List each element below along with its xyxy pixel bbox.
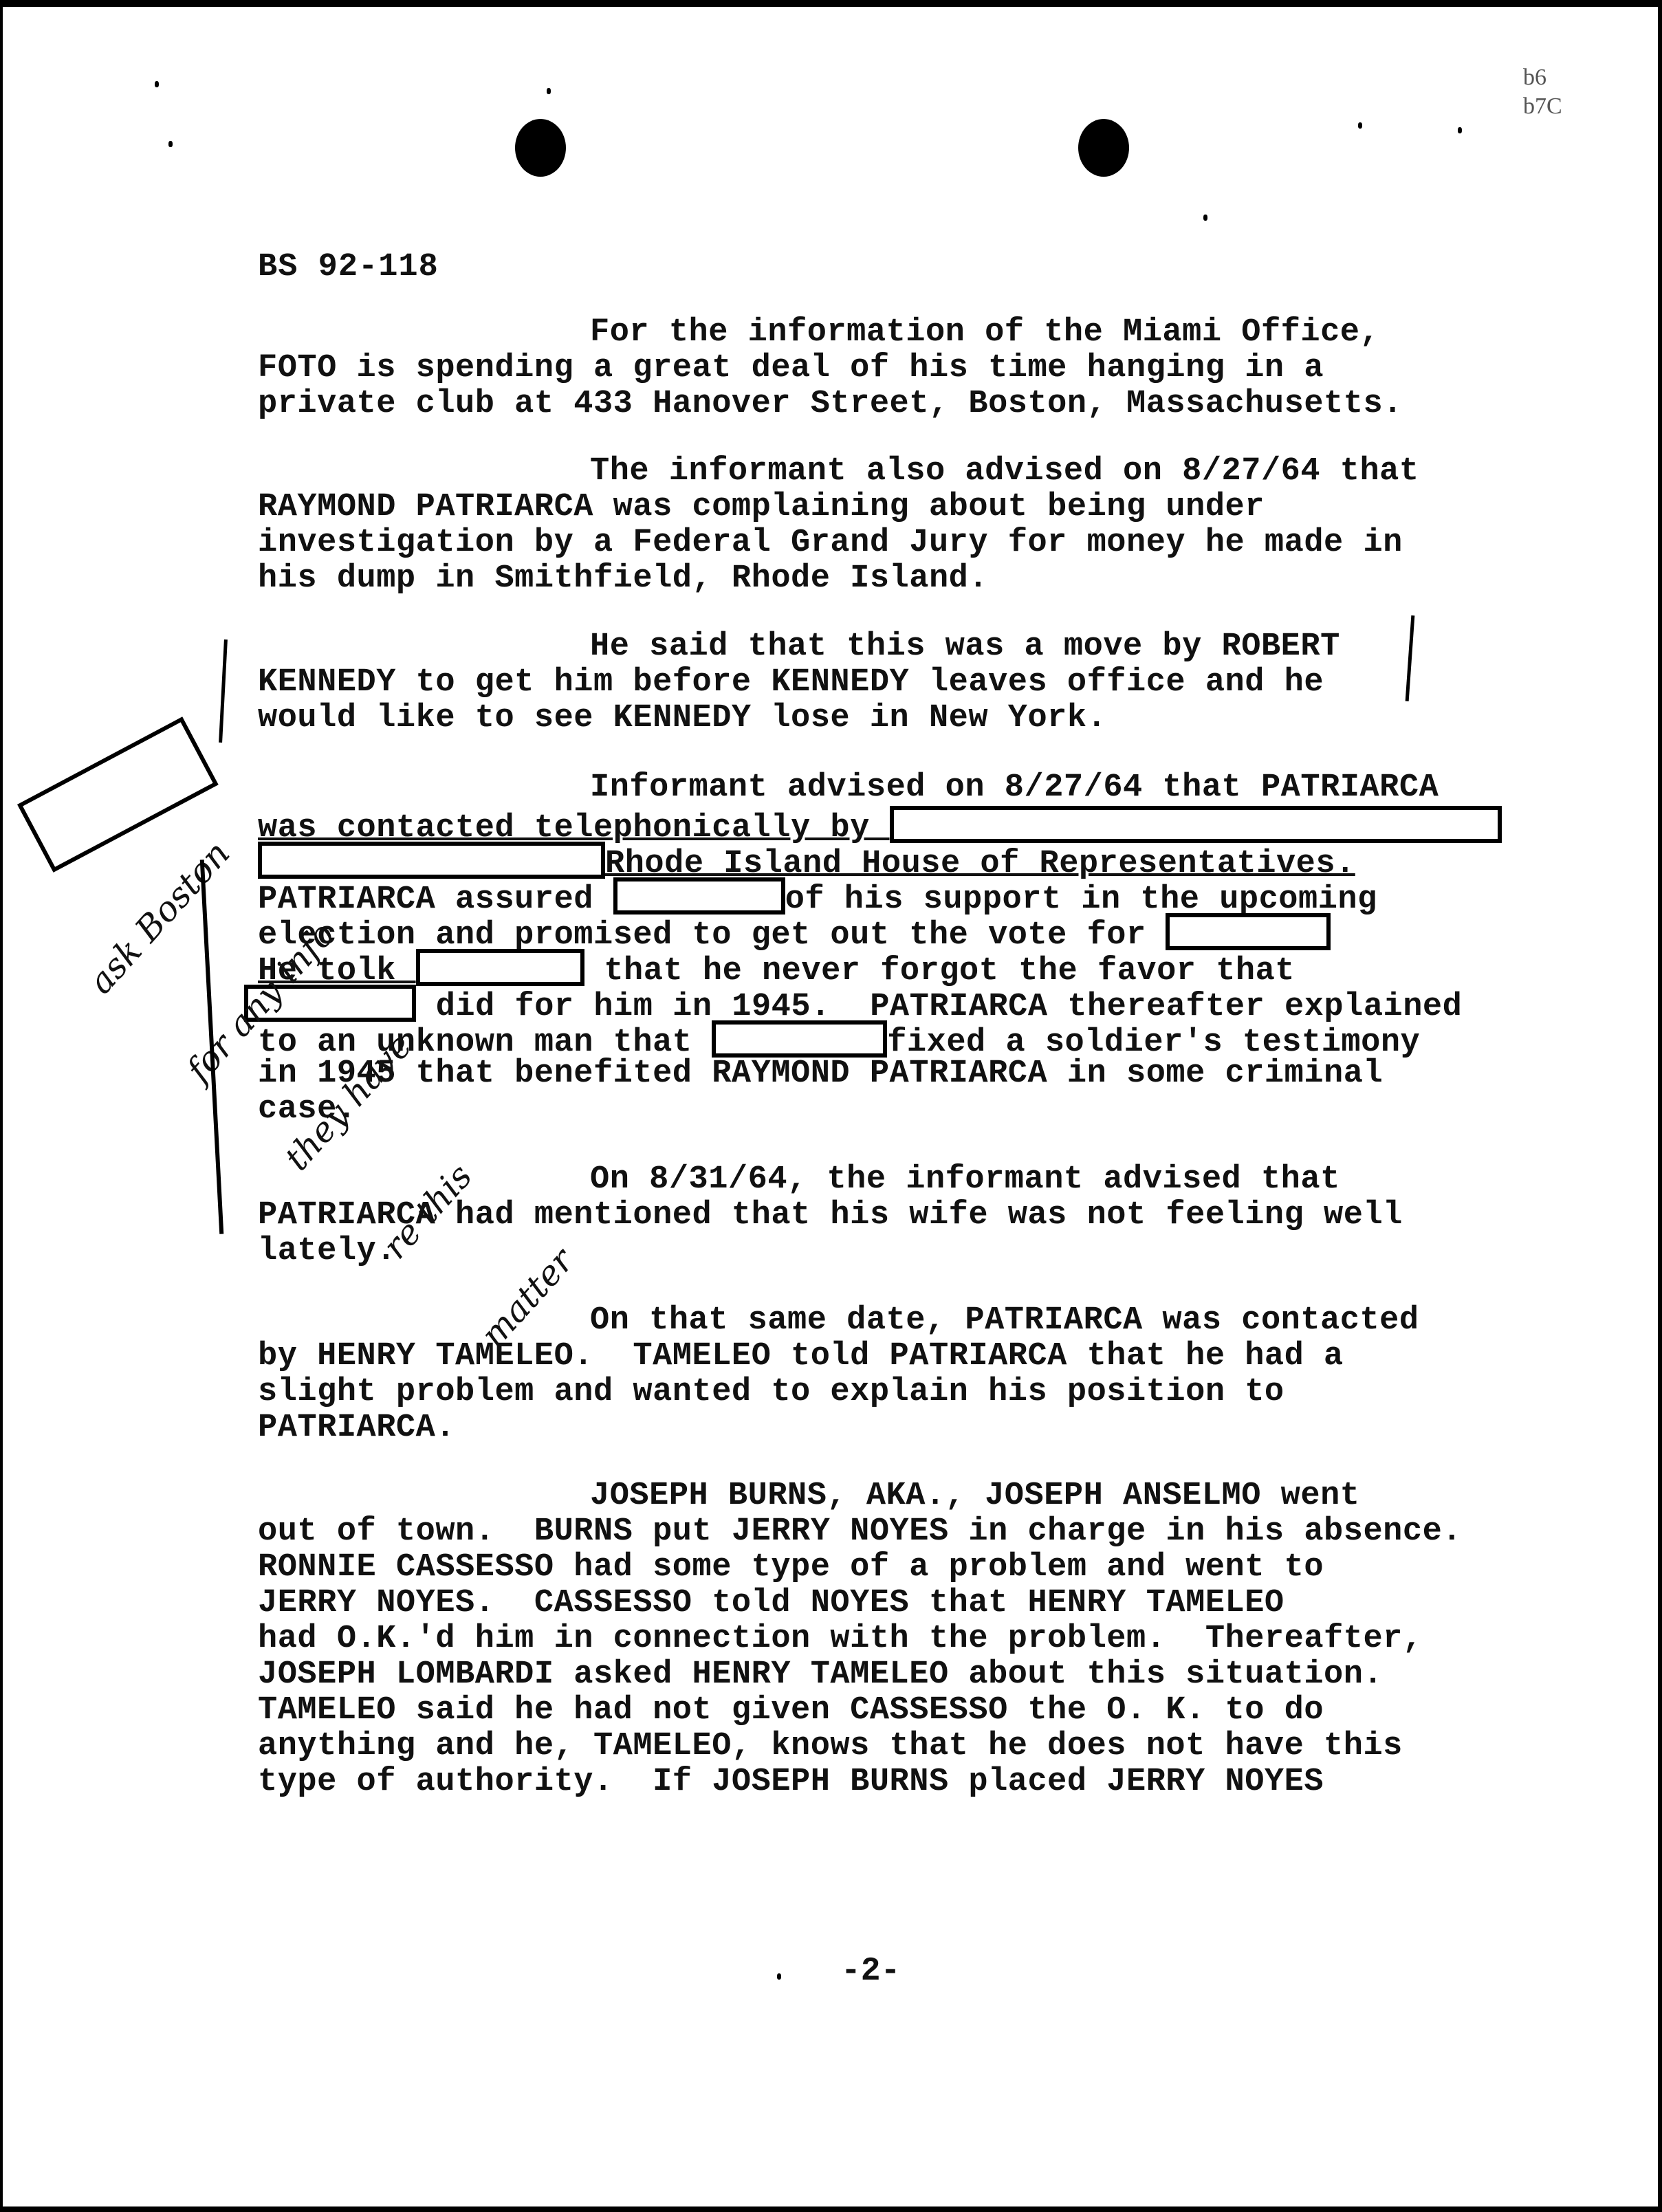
foia-exemption-codes: b6 b7C (1523, 63, 1562, 121)
paragraph-3-line-1: He said that this was a move by ROBERT (590, 629, 1340, 665)
paragraph-7-line-5: had O.K.'d him in connection with the pr… (258, 1621, 1423, 1657)
paragraph-2-line-2: RAYMOND PATRIARCA was complaining about … (258, 490, 1265, 525)
scan-edge-top (0, 0, 1662, 7)
paragraph-5-line-1: On 8/31/64, the informant advised that (590, 1162, 1340, 1198)
redaction-box (1166, 913, 1331, 950)
punch-hole-right (1078, 119, 1129, 177)
handwritten-line: ask Boston (79, 824, 246, 1003)
scan-edge-bottom (0, 2206, 1662, 2212)
exemption-b6: b6 (1523, 63, 1562, 92)
scan-speck (1458, 127, 1462, 133)
scan-speck (777, 1973, 781, 1980)
scan-edge-left (0, 0, 3, 2212)
page-number: -2- (841, 1953, 900, 1990)
punch-hole-left (515, 119, 566, 177)
paragraph-1-line-3: private club at 433 Hanover Street, Bost… (258, 386, 1403, 422)
paragraph-6-line-1: On that same date, PATRIARCA was contact… (590, 1303, 1419, 1339)
exemption-b7c: b7C (1523, 92, 1562, 121)
redaction-box (613, 877, 785, 915)
scan-speck (547, 88, 551, 94)
paragraph-3-line-3: would like to see KENNEDY lose in New Yo… (258, 701, 1106, 736)
redaction-box (712, 1020, 887, 1058)
paragraph-7-line-2: out of town. BURNS put JERRY NOYES in ch… (258, 1514, 1462, 1550)
scan-edge-right (1658, 0, 1662, 2212)
scanned-document-page: b6 b7C BS 92-118 For the information of … (0, 0, 1662, 2212)
paragraph-4-line-5: election and promised to get out the vot… (258, 913, 1331, 954)
paragraph-7-line-4: JERRY NOYES. CASSESSO told NOYES that HE… (258, 1586, 1284, 1621)
redaction-box (890, 806, 1502, 843)
handwritten-line: for any info (177, 913, 345, 1091)
handwritten-line: they have (275, 1001, 442, 1179)
paragraph-3-line-2: KENNEDY to get him before KENNEDY leaves… (258, 665, 1324, 701)
handwritten-line: re this (373, 1090, 540, 1268)
paragraph-7-line-7: TAMELEO said he had not given CASSESSO t… (258, 1693, 1324, 1729)
paragraph-7-line-1: JOSEPH BURNS, AKA., JOSEPH ANSELMO went (590, 1478, 1359, 1514)
margin-bracket-right (1406, 615, 1415, 701)
scan-speck (1203, 215, 1207, 221)
paragraph-4-line-2: was contacted telephonically by (258, 806, 1502, 846)
paragraph-7-line-6: JOSEPH LOMBARDI asked HENRY TAMELEO abou… (258, 1657, 1383, 1693)
margin-bracket-left (219, 639, 228, 743)
paragraph-6-line-3: slight problem and wanted to explain his… (258, 1375, 1284, 1410)
paragraph-2-line-1: The informant also advised on 8/27/64 th… (590, 454, 1419, 490)
paragraph-4-line-6: He tolk that he never forgot the favor t… (258, 949, 1295, 989)
scan-speck (1358, 122, 1362, 129)
paragraph-2-line-4: his dump in Smithfield, Rhode Island. (258, 561, 988, 597)
paragraph-7-line-3: RONNIE CASSESSO had some type of a probl… (258, 1550, 1324, 1586)
file-number: BS 92-118 (258, 249, 439, 285)
paragraph-1-line-1: For the information of the Miami Office, (590, 315, 1379, 351)
paragraph-5-line-2: PATRIARCA had mentioned that his wife wa… (258, 1198, 1403, 1234)
paragraph-4-line-3: Rhode Island House of Representatives. (258, 842, 1355, 882)
redaction-box (258, 842, 605, 879)
paragraph-2-line-3: investigation by a Federal Grand Jury fo… (258, 525, 1403, 561)
redaction-box (416, 949, 584, 986)
paragraph-7-line-8: anything and he, TAMELEO, knows that he … (258, 1729, 1403, 1764)
paragraph-5-line-3: lately. (258, 1234, 396, 1269)
paragraph-6-line-2: by HENRY TAMELEO. TAMELEO told PATRIARCA… (258, 1339, 1344, 1375)
paragraph-4-line-4: PATRIARCA assured of his support in the … (258, 877, 1377, 918)
paragraph-1-line-2: FOTO is spending a great deal of his tim… (258, 351, 1324, 386)
scan-speck (168, 141, 173, 147)
paragraph-6-line-4: PATRIARCA. (258, 1410, 455, 1446)
paragraph-4-line-1: Informant advised on 8/27/64 that PATRIA… (590, 770, 1439, 806)
paragraph-7-line-9: type of authority. If JOSEPH BURNS place… (258, 1764, 1324, 1800)
scan-speck (155, 81, 159, 87)
